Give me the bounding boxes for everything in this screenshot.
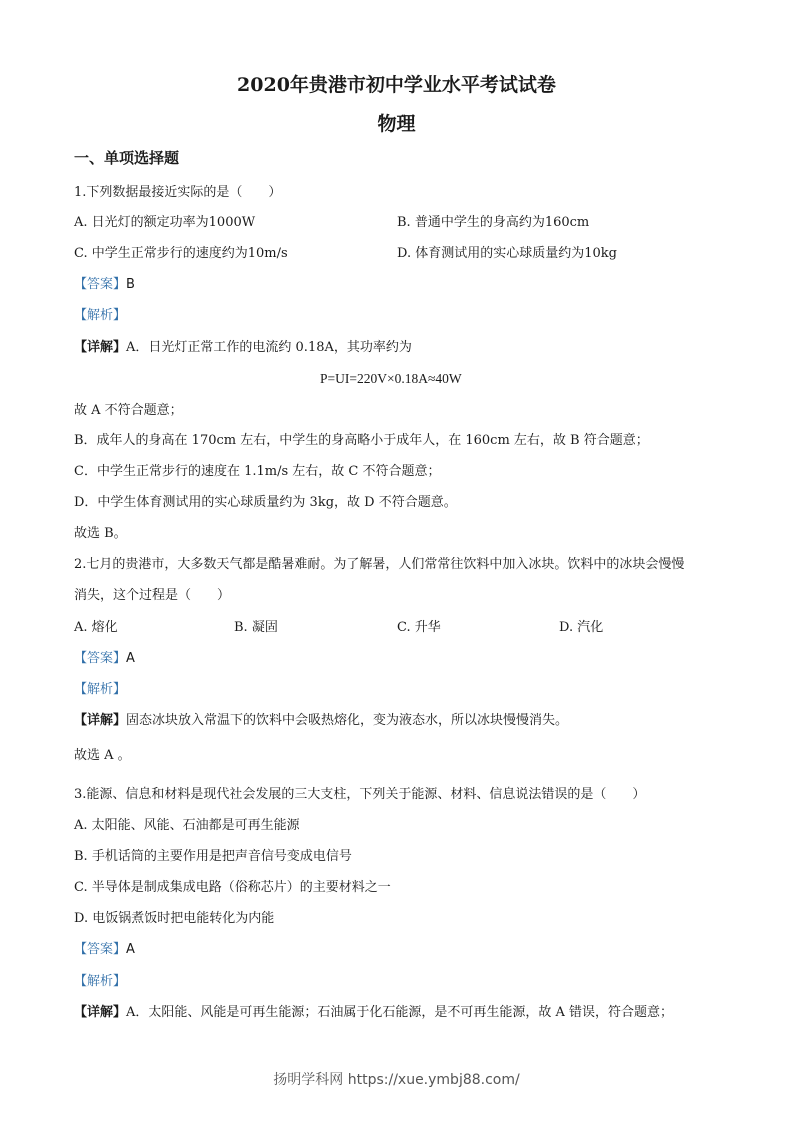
q2-detail-line-1: 【详解】固态冰块放入常温下的饮料中会吸热熔化，变为液态水，所以冰块慢慢消失。 (74, 714, 568, 727)
q3-option-a: A. 太阳能、风能、石油都是可再生能源 (74, 819, 300, 832)
q3-stem: 3.能源、信息和材料是现代社会发展的三大支柱，下列关于能源、材料、信息说法错误的… (74, 788, 645, 801)
footer-watermark: 扬明学科网 https://xue.ymbj88.com/ (0, 1073, 793, 1087)
q1-formula: P=UI=220V×0.18A≈40W (320, 372, 462, 386)
answer-value: A (126, 942, 135, 957)
q2-conclusion: 故选 A 。 (74, 749, 131, 762)
section-heading: 一、单项选择题 (74, 151, 179, 166)
detail-tag: 【详解】 (74, 713, 126, 728)
page-subtitle: 物理 (0, 115, 793, 134)
q3-answer: 【答案】A (74, 943, 135, 956)
answer-value: A (126, 651, 135, 666)
q1-detail-line-1: 【详解】A．日光灯正常工作的电流约 0.18A，其功率约为 (74, 341, 412, 354)
page-title: 2020年贵港市初中学业水平考试试卷 (0, 76, 793, 95)
q2-option-a: A. 熔化 (74, 621, 118, 634)
q3-option-c: C. 半导体是制成集成电路（俗称芯片）的主要材料之一 (74, 881, 391, 894)
q3-option-d: D. 电饭锅煮饭时把电能转化为内能 (74, 912, 274, 925)
q1-analysis-tag: 【解析】 (74, 309, 126, 322)
q1-option-d: D. 体育测试用的实心球质量约为10kg (397, 247, 617, 260)
answer-tag: 【答案】 (74, 277, 126, 292)
q1-option-a: A. 日光灯的额定功率为1000W (74, 216, 255, 229)
q2-option-c: C. 升华 (397, 621, 441, 634)
q1-stem: 1.下列数据最接近实际的是（ ） (74, 186, 281, 199)
q1-answer: 【答案】B (74, 278, 135, 291)
detail-tag: 【详解】 (74, 1005, 126, 1020)
q2-answer: 【答案】A (74, 652, 135, 665)
q2-stem-line-1: 2.七月的贵港市，大多数天气都是酷暑难耐。为了解暑，人们常常往饮料中加入冰块。饮… (74, 558, 684, 571)
answer-value: B (126, 277, 135, 292)
q1-detail-line-5: C．中学生正常步行的速度在 1.1m/s 左右，故 C 不符合题意； (74, 465, 440, 478)
answer-tag: 【答案】 (74, 651, 126, 666)
q2-option-b: B. 凝固 (234, 621, 278, 634)
q2-option-d: D. 汽化 (559, 621, 603, 634)
q1-detail-line-3: 故 A 不符合题意； (74, 404, 183, 417)
q3-option-b: B. 手机话筒的主要作用是把声音信号变成电信号 (74, 850, 352, 863)
q1-option-c: C. 中学生正常步行的速度约为10m/s (74, 247, 288, 260)
q3-analysis-tag: 【解析】 (74, 975, 126, 988)
q1-conclusion: 故选 B。 (74, 527, 127, 540)
q1-detail-line-4: B．成年人的身高在 170cm 左右，中学生的身高略小于成年人，在 160cm … (74, 434, 649, 447)
detail-tag: 【详解】 (74, 340, 126, 355)
q1-detail-line-6: D．中学生体育测试用的实心球质量约为 3kg，故 D 不符合题意。 (74, 496, 457, 509)
answer-tag: 【答案】 (74, 942, 126, 957)
q2-analysis-tag: 【解析】 (74, 683, 126, 696)
q2-stem-line-2: 消失，这个过程是（ ） (74, 589, 230, 602)
q3-detail-line-1: 【详解】A．太阳能、风能是可再生能源；石油属于化石能源，是不可再生能源，故 A … (74, 1006, 673, 1019)
q1-option-b: B. 普通中学生的身高约为160cm (397, 216, 589, 229)
